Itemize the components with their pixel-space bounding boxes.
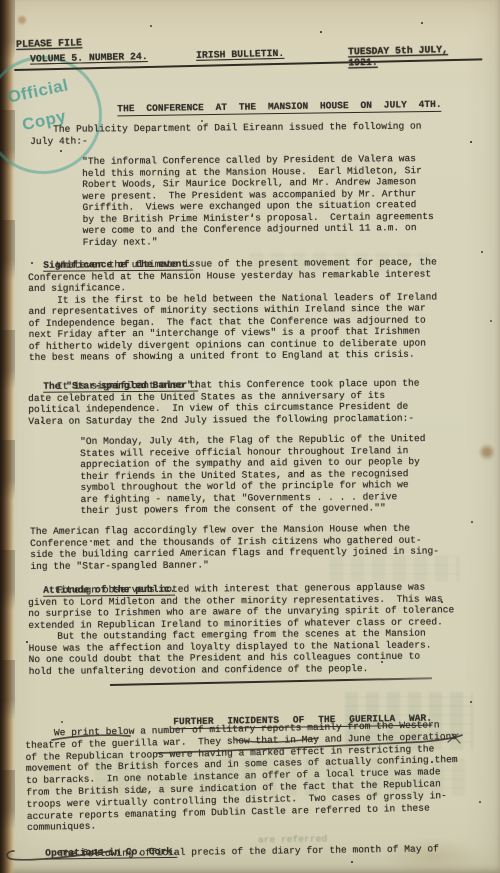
please-file-note: PLEASE FILE [16, 38, 82, 51]
section2-paragraph1: It is significant also that this Confere… [28, 378, 420, 427]
bulletin-title: IRISH BULLETIN. [196, 48, 284, 61]
section1-body: Whatever the ultimate issue of the prese… [28, 256, 438, 363]
volume-number: VOLUME 5. NUMBER 24. [30, 51, 148, 65]
masthead-row: VOLUME 5. NUMBER 24. IRISH BULLETIN. TUE… [14, 43, 482, 71]
issue-date: TUESDAY 5th JULY, 1921. [348, 43, 482, 68]
article2-paragraph1: We print below a number of military repo… [25, 719, 459, 834]
section2-paragraph2: The American flag accordingly flew over … [30, 522, 439, 572]
article1-quote1: "The informal Conference called by Presi… [82, 153, 434, 248]
section3-body: Foreign observers noted with interest th… [28, 581, 455, 677]
showthrough-ghost-text: are referred [258, 833, 327, 845]
section-divider-rule [110, 677, 432, 686]
article1-intro: The Publicity Department of Dail Eireann… [30, 121, 422, 147]
article1-quote2: "On Monday, July 4th, the Flag of the Re… [80, 433, 426, 517]
scanned-bulletin-page: Official Copy PLEASE FILE VOLUME 5. NUMB… [0, 0, 500, 873]
